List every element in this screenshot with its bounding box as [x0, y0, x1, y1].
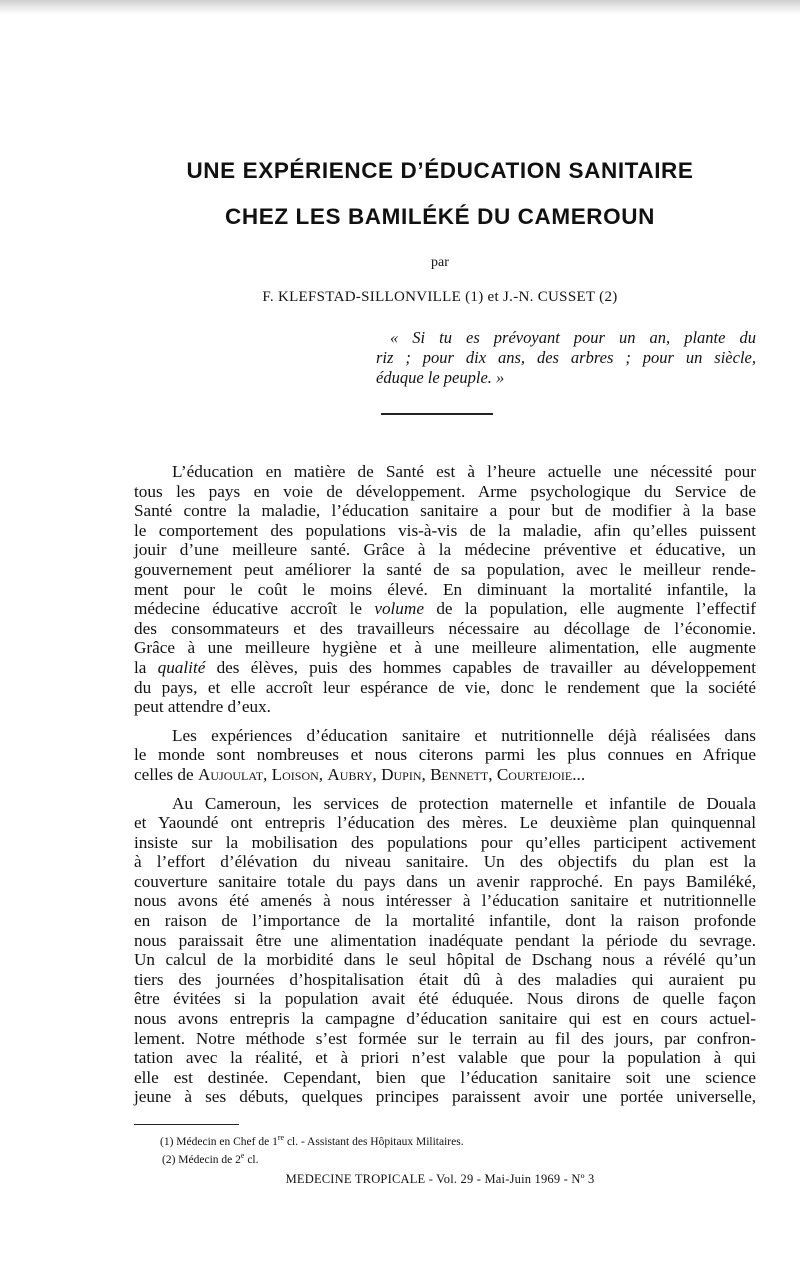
text-line: lement. Notre méthode s’est formée sur l…	[134, 1029, 756, 1049]
emphasis-volume: volume	[374, 599, 424, 618]
text-line: insiste sur la mobilisation des populati…	[134, 833, 756, 853]
text-line: nous avons entrepris la campagne d’éduca…	[134, 1009, 756, 1029]
text-run: celles de	[134, 765, 198, 784]
text-run: cl.	[244, 1154, 258, 1166]
author-name: Loison	[272, 765, 319, 784]
text-line: le monde sont nombreuses et nous citeron…	[134, 745, 756, 765]
text-line: peut attendre d’eux.	[134, 697, 756, 717]
text-line: du pays, et elle accroît leur espérance …	[134, 678, 756, 698]
text-line: tation avec la réalité, et à priori n’es…	[134, 1048, 756, 1068]
text-line: tous les pays en voie de développement. …	[134, 482, 756, 502]
article-body: L’éducation en matière de Santé est à l’…	[134, 462, 756, 1116]
text-run: ,	[372, 765, 381, 784]
text-run: ,	[488, 765, 497, 784]
text-run: cl. - Assistant des Hôpitaux Militaires.	[284, 1136, 464, 1148]
text-line: couverture sanitaire totale du pays dans…	[134, 872, 756, 892]
text-line: Les expériences d’éducation sanitaire et…	[134, 726, 756, 746]
text-line: jouir d’une meilleure santé. Grâce à la …	[134, 540, 756, 560]
scan-edge-shadow	[0, 0, 800, 14]
text-line: des consommateurs et des travailleurs né…	[134, 619, 756, 639]
article-title-line-1: UNE EXPÉRIENCE D’ÉDUCATION SANITAIRE	[0, 158, 800, 184]
text-line: L’éducation en matière de Santé est à l’…	[134, 462, 756, 482]
text-line: être évitées si la population avait été …	[134, 989, 756, 1009]
text-run: la	[134, 658, 158, 677]
text-run: ,	[263, 765, 272, 784]
text-run: (2) Médecin de 2	[162, 1154, 241, 1166]
author-name: Dupin	[381, 765, 421, 784]
footnote-2: (2) Médecin de 2e cl.	[160, 1149, 464, 1167]
journal-citation: MEDECINE TROPICALE - Vol. 29 - Mai-Juin …	[0, 1172, 800, 1187]
text-line: nous avons été amenés à nous intéresser …	[134, 891, 756, 911]
author-name: Aubry	[327, 765, 372, 784]
section-separator	[381, 413, 493, 415]
author-name: Bennett	[430, 765, 488, 784]
text-line: à l’effort d’élévation du niveau sanitai…	[134, 852, 756, 872]
text-run: (1) Médecin en Chef de 1	[160, 1136, 278, 1148]
text-line: Grâce à une meilleure hygiène et à une m…	[134, 638, 756, 658]
authors: F. KLEFSTAD-SILLONVILLE (1) et J.-N. CUS…	[0, 289, 800, 306]
paragraph-3: Au Cameroun, les services de protection …	[134, 794, 756, 1108]
epigraph-line: « Si tu es prévoyant pour un an, plante …	[376, 328, 756, 348]
text-run: de la population, elle augmente l’effect…	[424, 599, 756, 618]
footnote-rule	[134, 1124, 239, 1125]
text-line: celles de Aujoulat, Loison, Aubry, Dupin…	[134, 765, 756, 785]
text-line: et Yaoundé ont entrepris l’éducation des…	[134, 813, 756, 833]
text-line: médecine éducative accroît le volume de …	[134, 599, 756, 619]
text-run: ...	[572, 765, 585, 784]
text-line: gouvernement peut améliorer la santé de …	[134, 560, 756, 580]
text-line: le comportement des populations vis-à-vi…	[134, 521, 756, 541]
text-line: Un calcul de la morbidité dans le seul h…	[134, 950, 756, 970]
text-line: Au Cameroun, les services de protection …	[134, 794, 756, 814]
text-line: Santé contre la maladie, l’éducation san…	[134, 501, 756, 521]
article-title-line-2: CHEZ LES BAMILÉKÉ DU CAMEROUN	[0, 204, 800, 230]
footnotes: (1) Médecin en Chef de 1re cl. - Assista…	[160, 1131, 464, 1167]
author-name: Aujoulat	[198, 765, 263, 784]
epigraph-line: riz ; pour dix ans, des arbres ; pour un…	[376, 348, 756, 368]
byline-par: par	[0, 255, 800, 271]
text-line: nous paraissait être une alimentation in…	[134, 931, 756, 951]
text-run: ,	[422, 765, 431, 784]
epigraph: « Si tu es prévoyant pour un an, plante …	[376, 328, 756, 388]
paragraph-2: Les expériences d’éducation sanitaire et…	[134, 726, 756, 785]
text-line: la qualité des élèves, puis des hommes c…	[134, 658, 756, 678]
text-line: tiers des journées d’hospitalisation éta…	[134, 970, 756, 990]
text-line: elle est destinée. Cependant, bien que l…	[134, 1068, 756, 1088]
epigraph-line: éduque le peuple. »	[376, 368, 756, 388]
text-line: jeune à ses débuts, quelques principes p…	[134, 1087, 756, 1107]
footnote-1: (1) Médecin en Chef de 1re cl. - Assista…	[160, 1131, 464, 1149]
text-run: médecine éducative accroît le	[134, 599, 374, 618]
author-name: Courtejoie	[497, 765, 572, 784]
text-line: en raison de l’importance de la mortalit…	[134, 911, 756, 931]
text-run: des élèves, puis des hommes capables de …	[205, 658, 756, 677]
text-line: ment pour le coût le moins élevé. En dim…	[134, 580, 756, 600]
emphasis-qualite: qualité	[158, 658, 206, 677]
paragraph-1: L’éducation en matière de Santé est à l’…	[134, 462, 756, 717]
